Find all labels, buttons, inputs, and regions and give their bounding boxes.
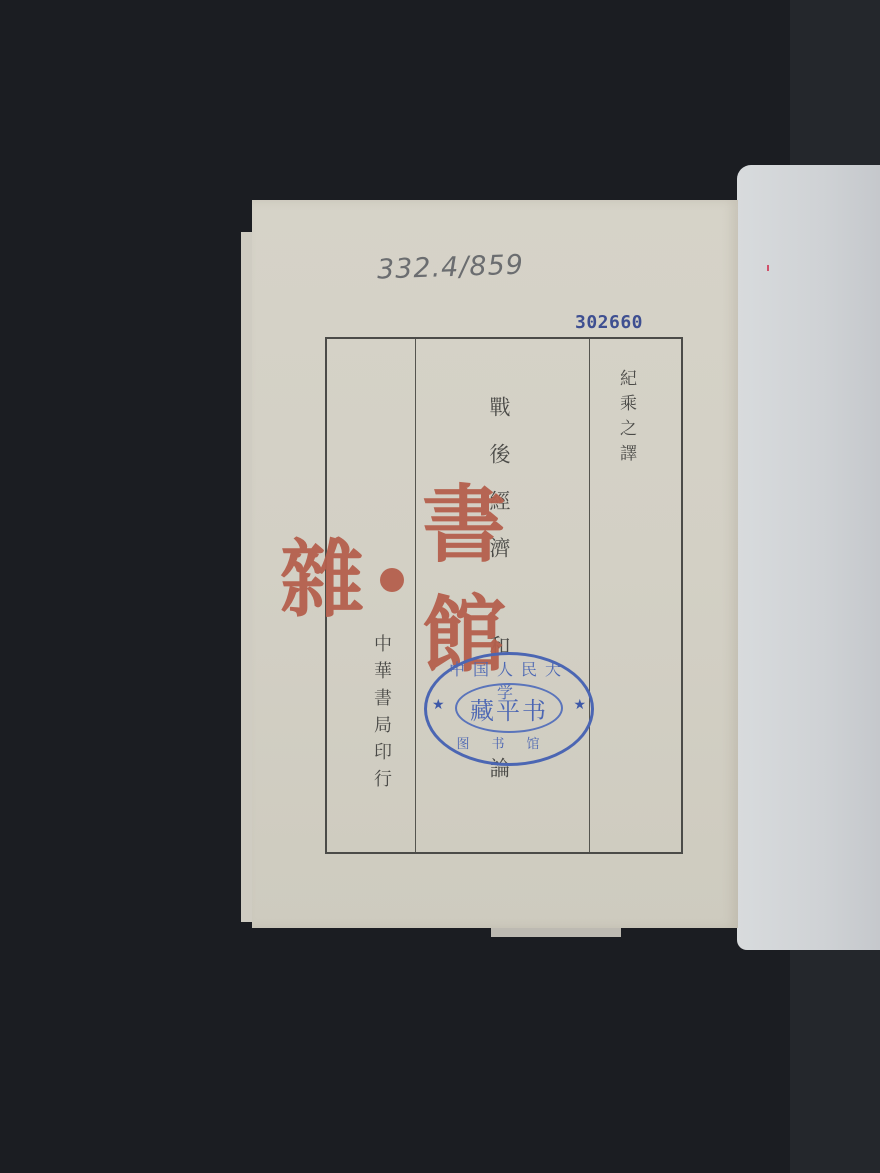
translator-credit: 紀乘之譯	[614, 369, 639, 469]
star-icon: ★	[432, 697, 445, 713]
watermark-left: 雜	[280, 525, 362, 635]
watermark-overlay: 雜 書館	[280, 525, 610, 635]
stamp-bottom-text: 图书馆	[445, 733, 573, 752]
red-ink-mark	[767, 265, 769, 271]
stamp-center-text: 藏平书	[470, 691, 548, 726]
star-icon: ★	[573, 697, 586, 713]
publisher: 中華書局印行	[368, 634, 394, 796]
stamp-center-oval: 藏平书	[455, 683, 563, 733]
accession-number: 302660	[575, 312, 643, 333]
facing-page	[737, 165, 880, 950]
handwritten-call-number: 332.4/859	[377, 249, 525, 285]
watermark-dot	[380, 568, 404, 592]
library-stamp: 中国人民大学 ★ 藏平书 ★ 图书馆	[424, 652, 594, 766]
